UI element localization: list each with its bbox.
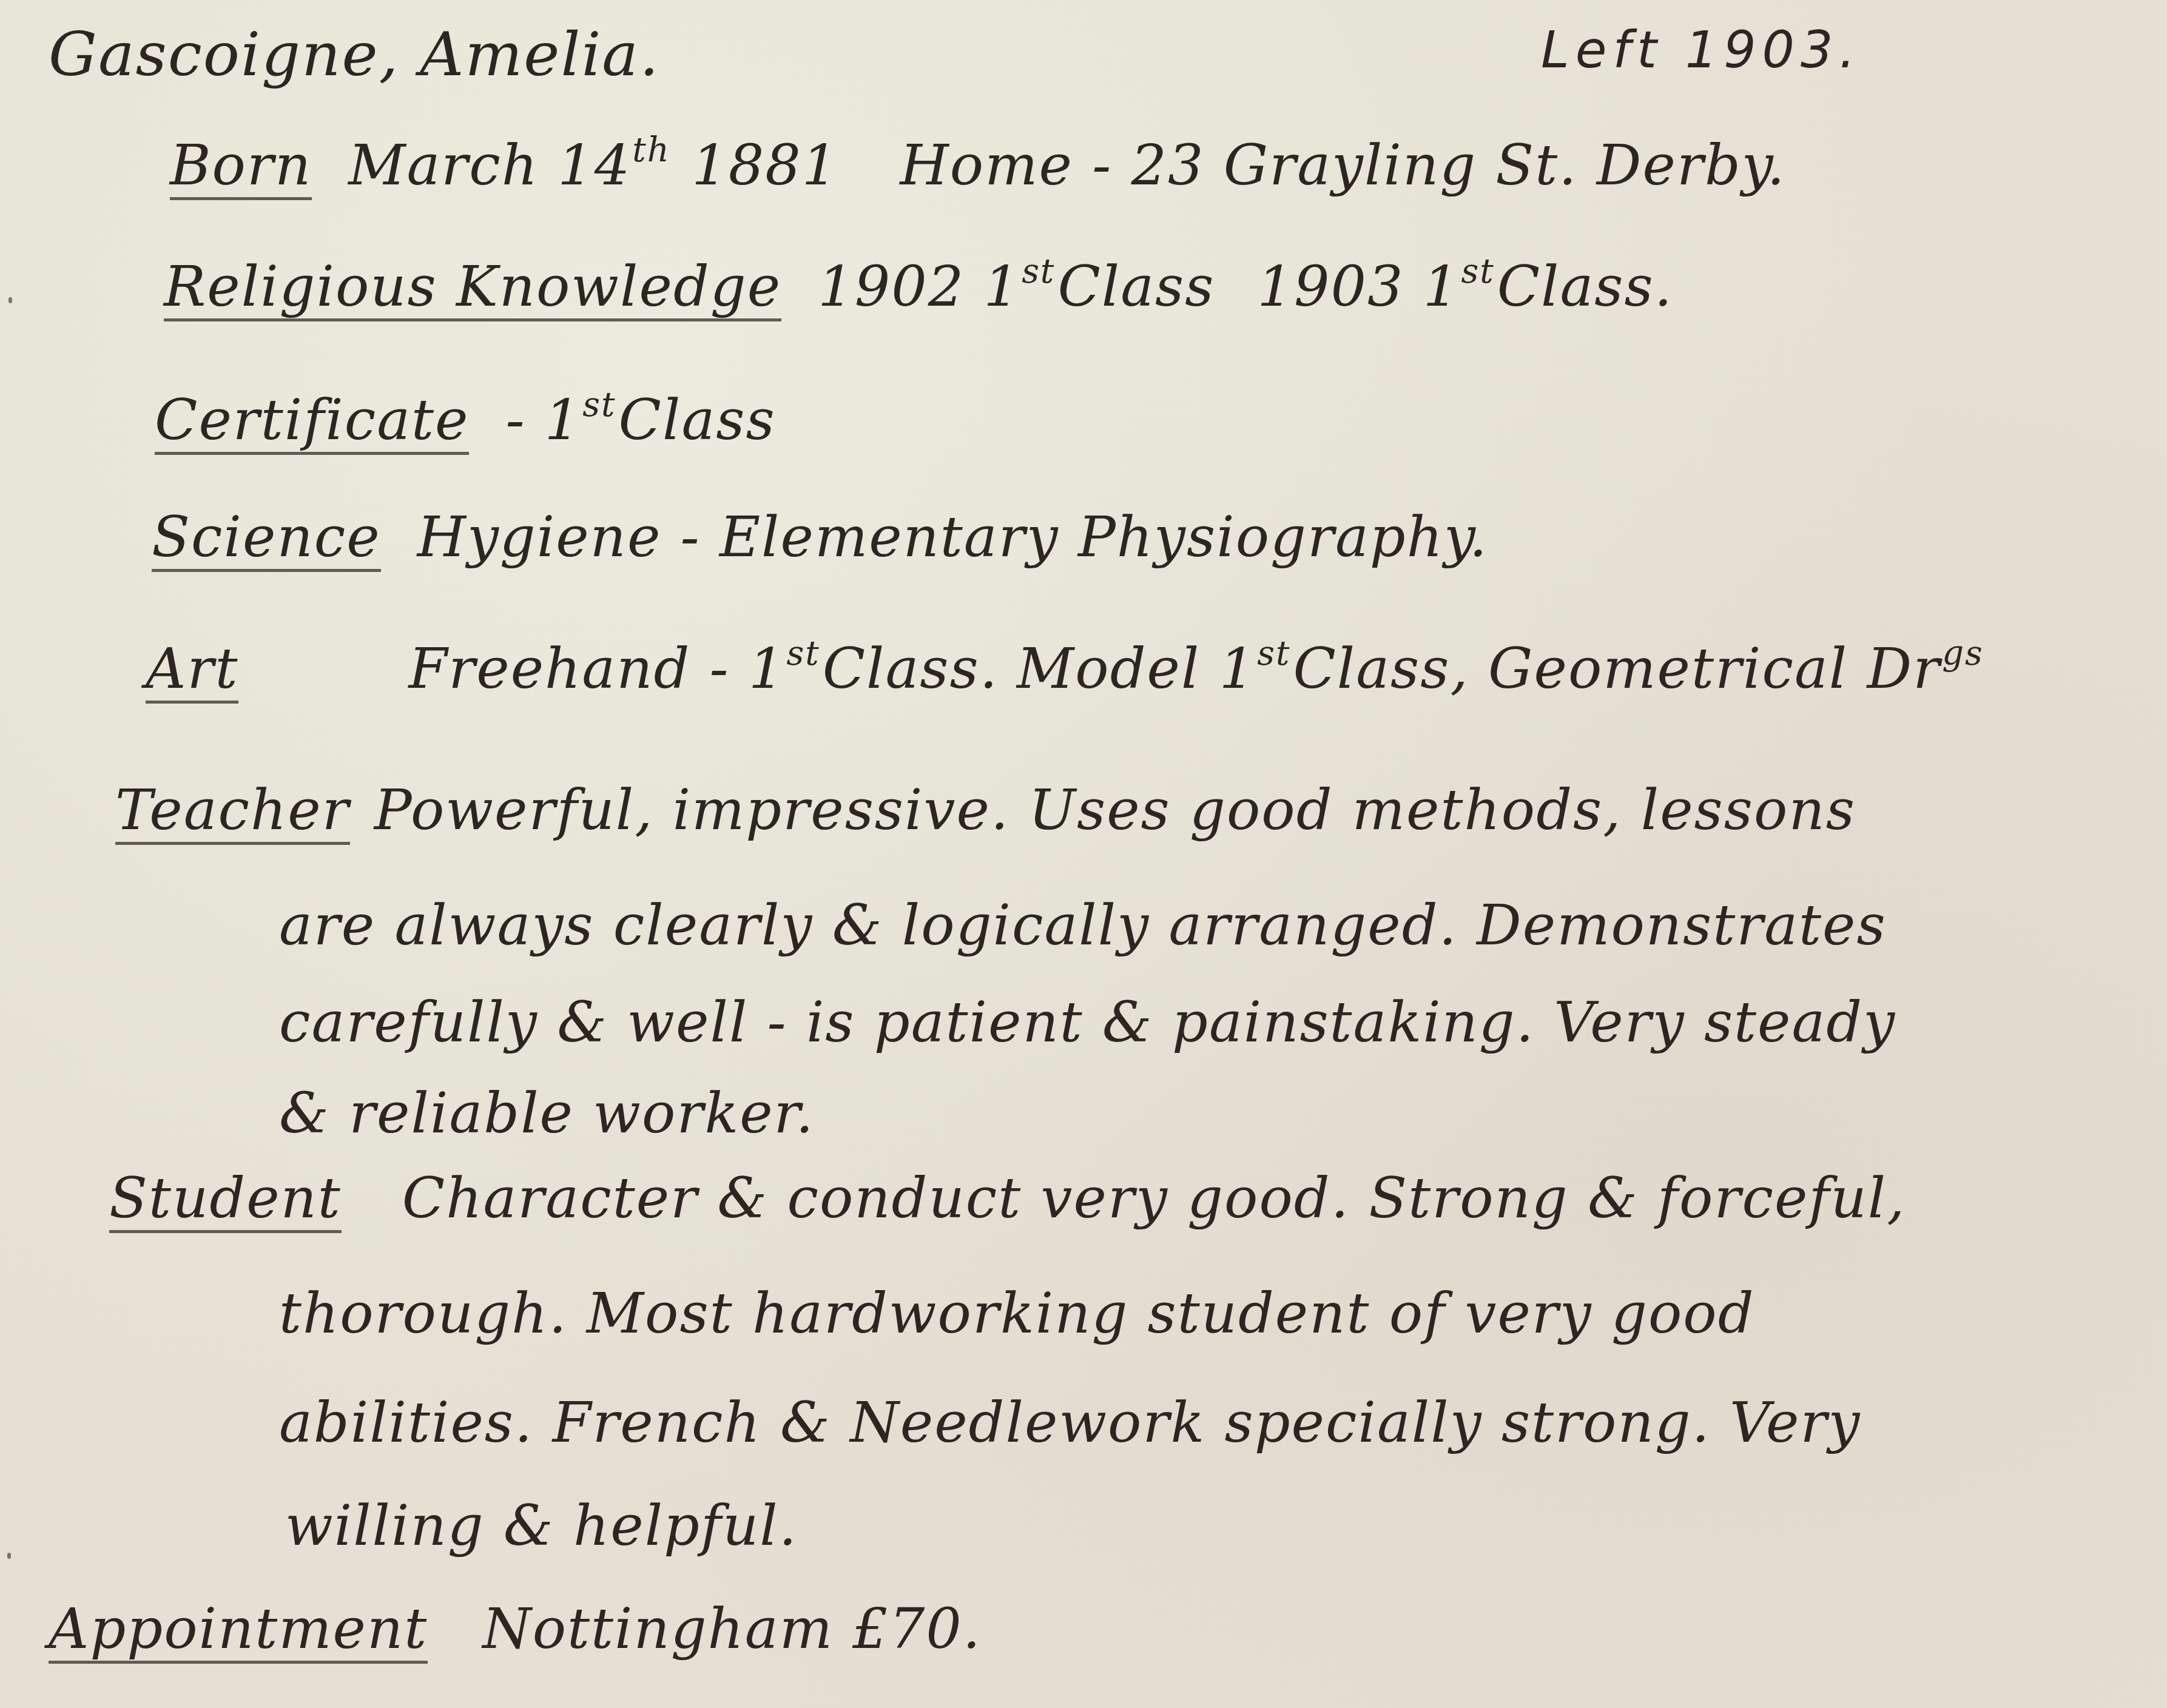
teacher-line-3: carefully & well - is patient & painstak… — [279, 995, 1896, 1051]
left-year: Left 1903. — [1541, 24, 1861, 75]
certificate-row: Certificate- 1stClass — [155, 388, 776, 455]
art-freehand: Freehand - 1 — [408, 636, 785, 701]
teacher-line-2: are always clearly & logically arranged.… — [279, 898, 1887, 953]
teacher-row: TeacherPowerful, impressive. Uses good m… — [115, 782, 1856, 845]
student-line-3: abilities. French & Needlework specially… — [279, 1395, 1861, 1451]
student-name: Gascoigne, Amelia. — [49, 24, 660, 85]
born-row: BornMarch 14th 1881 Home - 23 Grayling S… — [170, 133, 1786, 200]
teacher-line-1: Powerful, impressive. Uses good methods,… — [374, 778, 1856, 842]
art-model: Model 1 — [1017, 636, 1256, 701]
student-row: StudentCharacter & conduct very good. St… — [109, 1171, 1906, 1233]
science-row: ScienceHygiene - Elementary Physiography… — [152, 509, 1488, 572]
art-label: Art — [146, 641, 238, 704]
religious-1902-suffix: st — [1022, 252, 1055, 291]
teacher-line-4: & reliable worker. — [279, 1086, 815, 1141]
art-model-suffix: st — [1257, 634, 1290, 673]
science-label: Science — [152, 509, 381, 572]
art-row: ArtFreehand - 1stClass.Model 1stClass, G… — [146, 637, 1986, 704]
student-line-2: thorough. Most hardworking student of ve… — [279, 1286, 1755, 1342]
student-label: Student — [109, 1171, 342, 1233]
religious-1903-suffix: st — [1461, 252, 1494, 291]
religious-1903-class: Class. — [1497, 254, 1673, 319]
appointment-label: Appointment — [49, 1601, 428, 1664]
certificate-label: Certificate — [155, 392, 469, 455]
student-line-4: willing & helpful. — [285, 1498, 798, 1554]
art-model-geometrical: Class, Geometrical Dr — [1293, 636, 1941, 701]
teacher-label: Teacher — [115, 782, 350, 845]
religious-row: Religious Knowledge1902 1stClass1903 1st… — [164, 255, 1673, 321]
art-freehand-class: Class. — [823, 636, 999, 701]
appointment-value: Nottingham £70. — [482, 1596, 982, 1661]
religious-1903: 1903 1 — [1257, 254, 1460, 319]
born-year: 1881 — [692, 133, 838, 198]
paper-speck — [7, 1553, 11, 1559]
certificate-class: Class — [619, 388, 776, 452]
paper-speck — [8, 297, 12, 303]
born-date-suffix: th — [632, 130, 670, 170]
born-label: Born — [170, 138, 312, 200]
born-date: March 14 — [348, 133, 631, 198]
certificate-value: - 1 — [505, 388, 581, 452]
religious-label: Religious Knowledge — [164, 259, 781, 321]
religious-1902-class: Class — [1057, 254, 1215, 319]
certificate-suffix: st — [582, 385, 616, 425]
appointment-row: AppointmentNottingham £70. — [49, 1601, 982, 1664]
home-address: Home - 23 Grayling St. Derby. — [900, 133, 1786, 198]
record-page: Gascoigne, Amelia. Left 1903. BornMarch … — [0, 0, 2167, 1708]
student-line-1: Character & conduct very good. Strong & … — [402, 1166, 1906, 1231]
art-geometrical-suffix: gs — [1942, 634, 1984, 673]
art-freehand-suffix: st — [786, 634, 820, 673]
religious-1902: 1902 1 — [818, 254, 1020, 319]
science-value: Hygiene - Elementary Physiography. — [417, 505, 1488, 570]
